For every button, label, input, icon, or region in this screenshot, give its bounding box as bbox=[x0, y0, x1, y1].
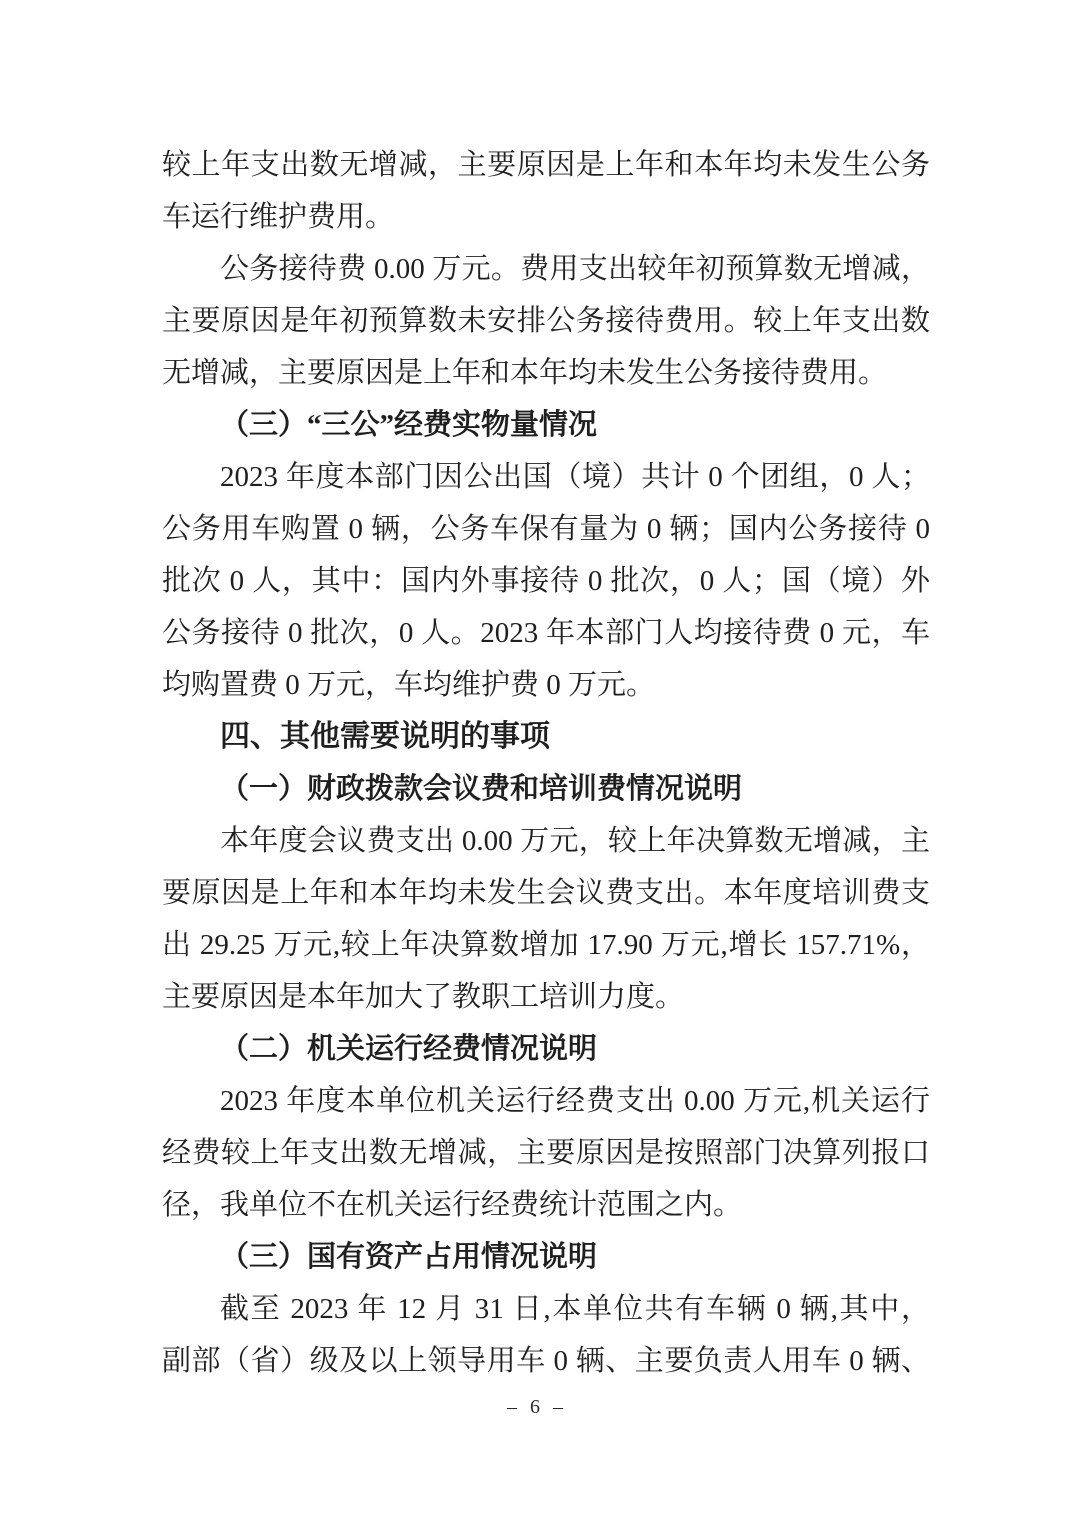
text-line: 出 29.25 万元,较上年决算数增加 17.90 万元,增长 157.71%， bbox=[162, 919, 930, 971]
text-line: 主要原因是本年加大了教职工培训力度。 bbox=[162, 971, 930, 1023]
text-line: 均购置费 0 万元，车均维护费 0 万元。 bbox=[162, 659, 930, 711]
text-line: 径，我单位不在机关运行经费统计范围之内。 bbox=[162, 1179, 930, 1231]
text-line: 要原因是上年和本年均未发生会议费支出。本年度培训费支 bbox=[162, 867, 930, 919]
page-footer: – 6 – bbox=[0, 1396, 1074, 1419]
document-page: 较上年支出数无增减，主要原因是上年和本年均未发生公务车运行维护费用。公务接待费 … bbox=[0, 0, 1074, 1520]
text-line: 公务接待 0 批次，0 人。2023 年本部门人均接待费 0 元，车 bbox=[162, 607, 930, 659]
text-line: 2023 年度本部门因公出国（境）共计 0 个团组，0 人； bbox=[162, 451, 930, 503]
section-heading: 四、其他需要说明的事项 bbox=[162, 711, 930, 763]
section-heading: （三）国有资产占用情况说明 bbox=[162, 1231, 930, 1283]
page-number: – 6 – bbox=[507, 1396, 567, 1418]
section-heading: （一）财政拨款会议费和培训费情况说明 bbox=[162, 763, 930, 815]
text-line: 经费较上年支出数无增减，主要原因是按照部门决算列报口 bbox=[162, 1127, 930, 1179]
text-line: 2023 年度本单位机关运行经费支出 0.00 万元,机关运行 bbox=[162, 1075, 930, 1127]
text-line: 批次 0 人，其中：国内外事接待 0 批次，0 人；国（境）外 bbox=[162, 555, 930, 607]
text-line: 公务用车购置 0 辆，公务车保有量为 0 辆；国内公务接待 0 bbox=[162, 503, 930, 555]
text-line: 较上年支出数无增减，主要原因是上年和本年均未发生公务 bbox=[162, 139, 930, 191]
document-content: 较上年支出数无增减，主要原因是上年和本年均未发生公务车运行维护费用。公务接待费 … bbox=[162, 139, 930, 1387]
text-line: 车运行维护费用。 bbox=[162, 191, 930, 243]
text-line: 本年度会议费支出 0.00 万元，较上年决算数无增减，主 bbox=[162, 815, 930, 867]
text-line: 主要原因是年初预算数未安排公务接待费用。较上年支出数 bbox=[162, 295, 930, 347]
text-line: 截至 2023 年 12 月 31 日,本单位共有车辆 0 辆,其中， bbox=[162, 1283, 930, 1335]
text-line: 副部（省）级及以上领导用车 0 辆、主要负责人用车 0 辆、 bbox=[162, 1335, 930, 1387]
text-line: 公务接待费 0.00 万元。费用支出较年初预算数无增减， bbox=[162, 243, 930, 295]
section-heading: （二）机关运行经费情况说明 bbox=[162, 1023, 930, 1075]
section-heading: （三）“三公”经费实物量情况 bbox=[162, 399, 930, 451]
text-line: 无增减，主要原因是上年和本年均未发生公务接待费用。 bbox=[162, 347, 930, 399]
